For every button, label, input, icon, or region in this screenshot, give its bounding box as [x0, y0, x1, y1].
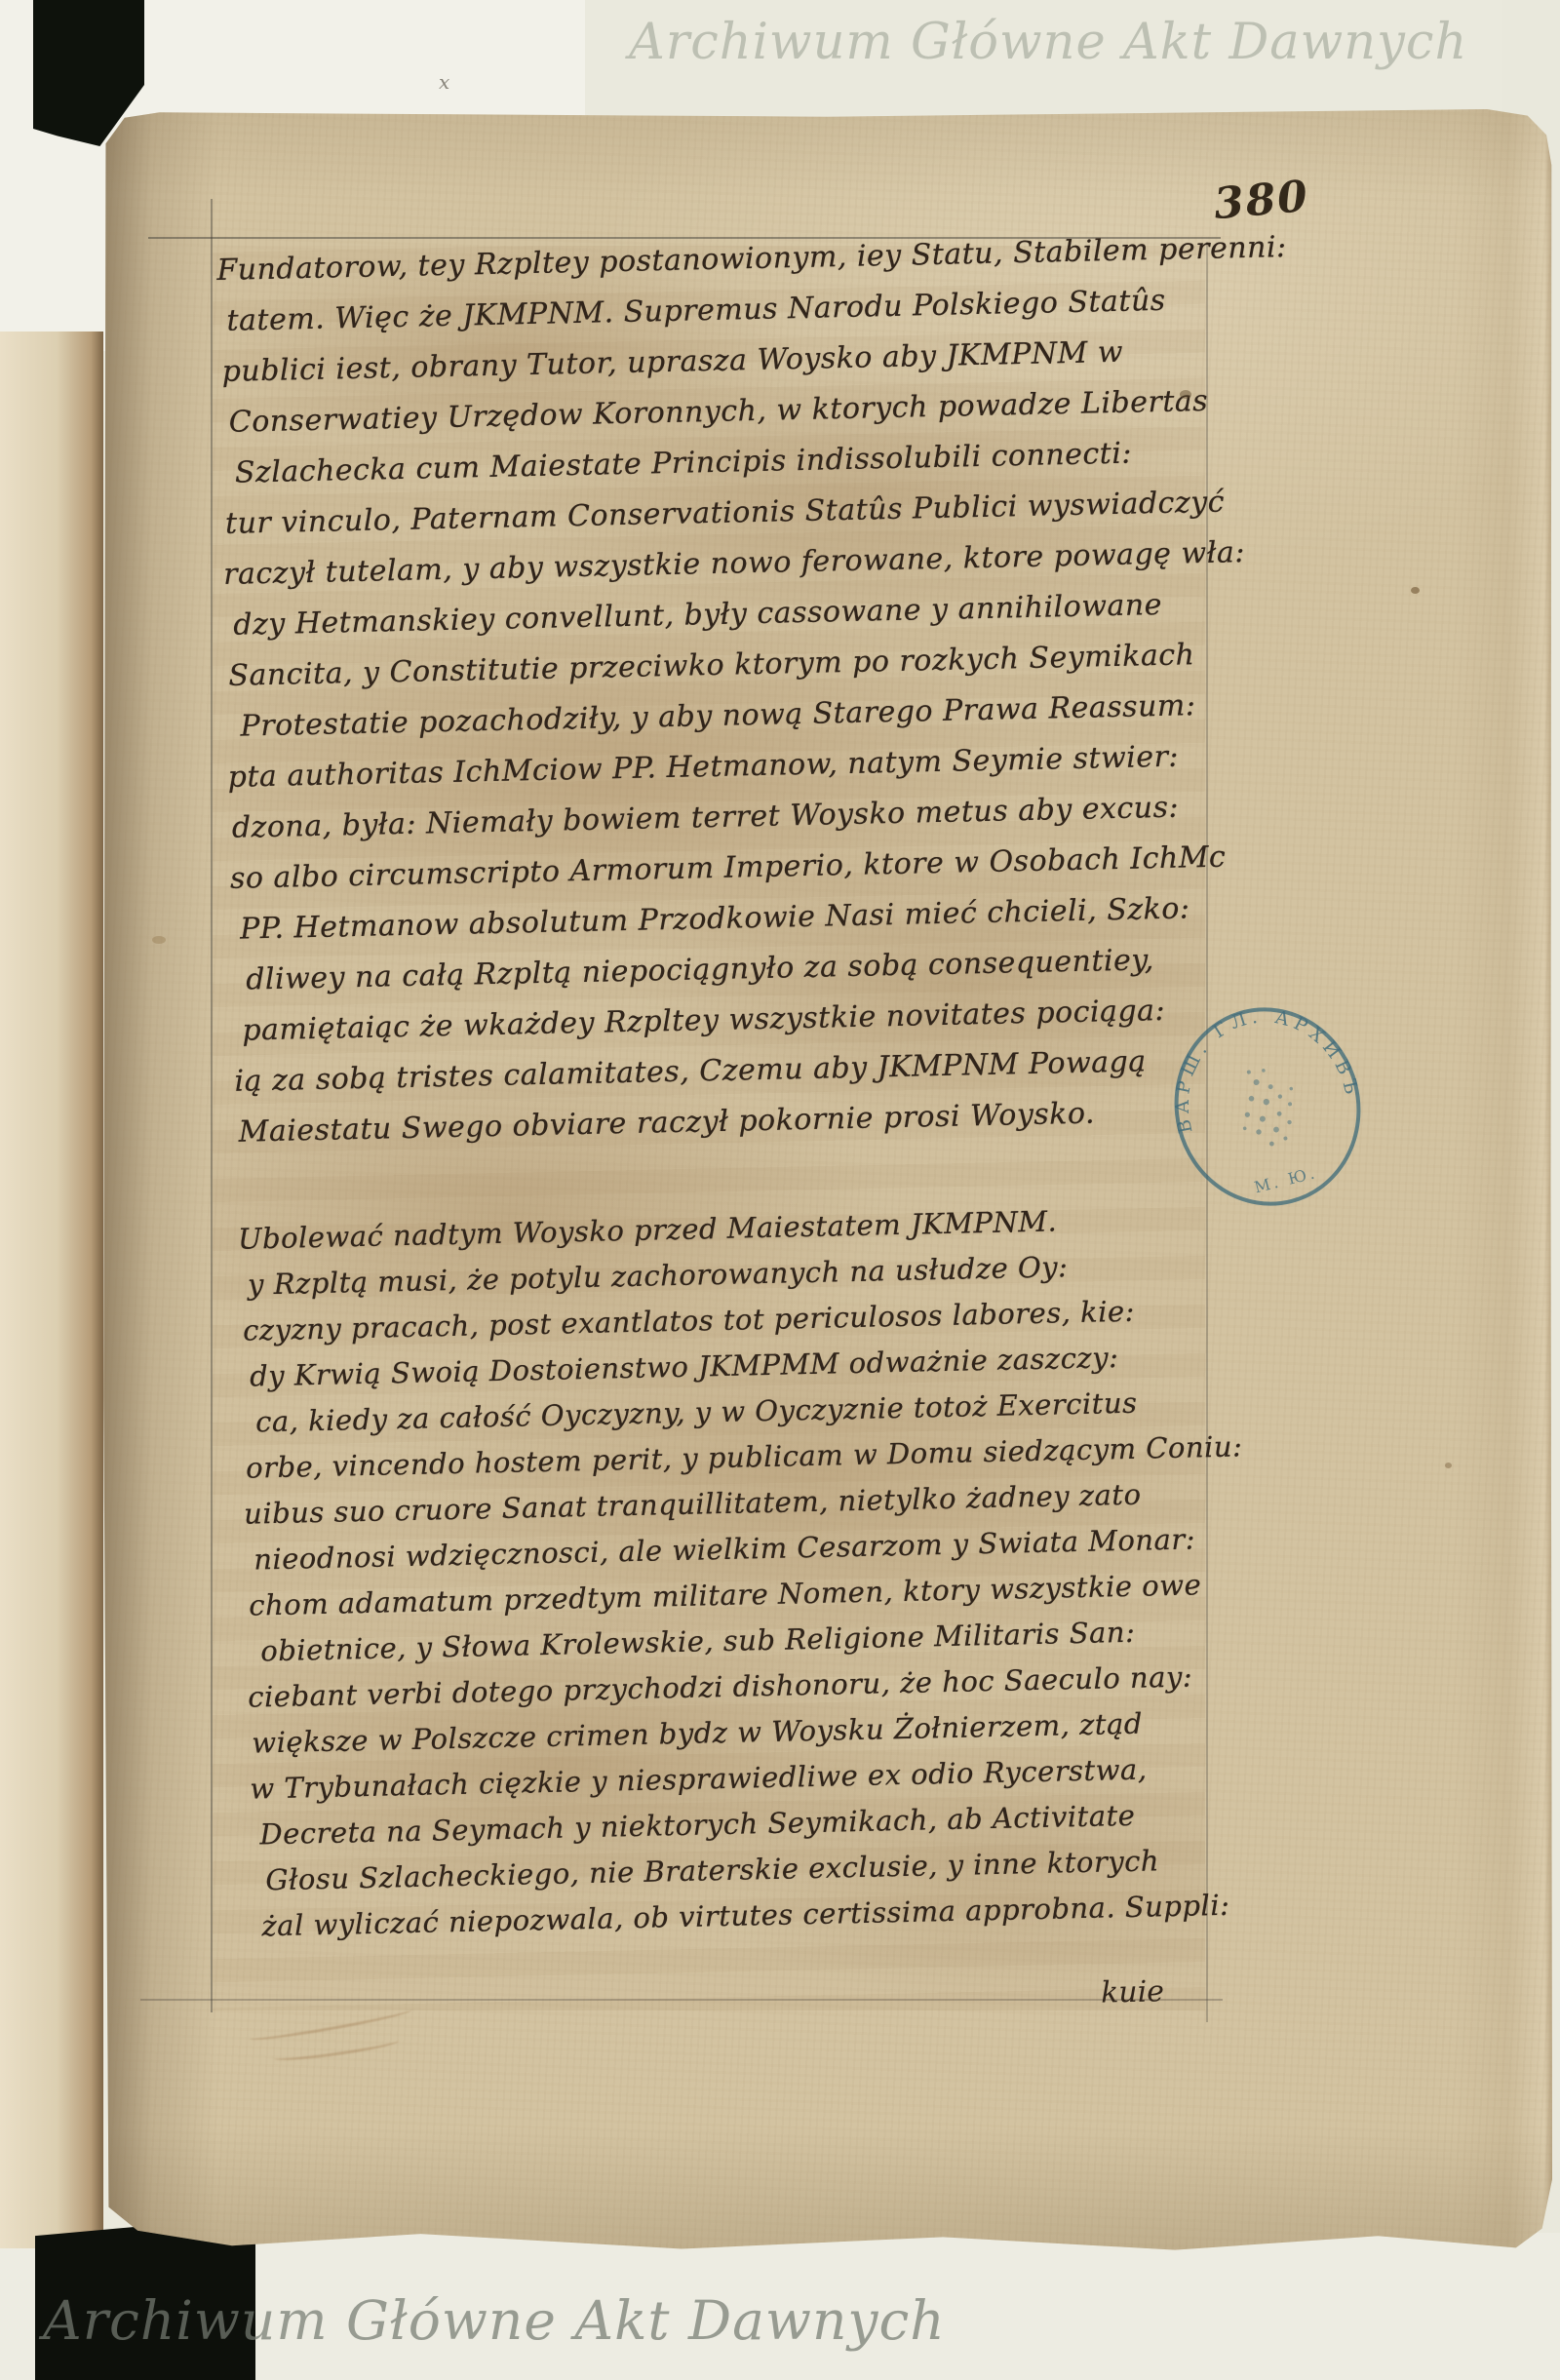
archive-watermark-top: Archiwum Główne Akt Dawnych: [629, 14, 1467, 71]
binding-ribbon-bottom: [35, 2225, 255, 2380]
manuscript-paragraph-2: Ubolewać nadtym Woysko przed Maiestatem …: [238, 1200, 1258, 1955]
foxing-spot: [1180, 390, 1191, 399]
scanned-archive-image: { "archive_watermark": { "top": "Archiwu…: [0, 0, 1560, 2380]
foxing-spot: [1411, 587, 1420, 594]
manuscript-page: 380 Fundatorow, tey Rzpltey postanowiony…: [101, 109, 1552, 2254]
stamp-bottom-text: М. Ю.: [1253, 1163, 1319, 1196]
manuscript-paragraph-1: Fundatorow, tey Rzpltey postanowionym, i…: [216, 232, 1240, 1166]
pencil-corner-mark: x: [439, 70, 449, 94]
handwritten-text-block: Fundatorow, tey Rzpltey postanowionym, i…: [216, 232, 1259, 2029]
foxing-spot: [1445, 1463, 1452, 1468]
stamp-eagle-emblem: [1229, 1061, 1306, 1151]
previous-page-edge: [0, 332, 103, 2248]
folio-page-number: 380: [1212, 172, 1311, 229]
foxing-spot: [152, 936, 166, 944]
